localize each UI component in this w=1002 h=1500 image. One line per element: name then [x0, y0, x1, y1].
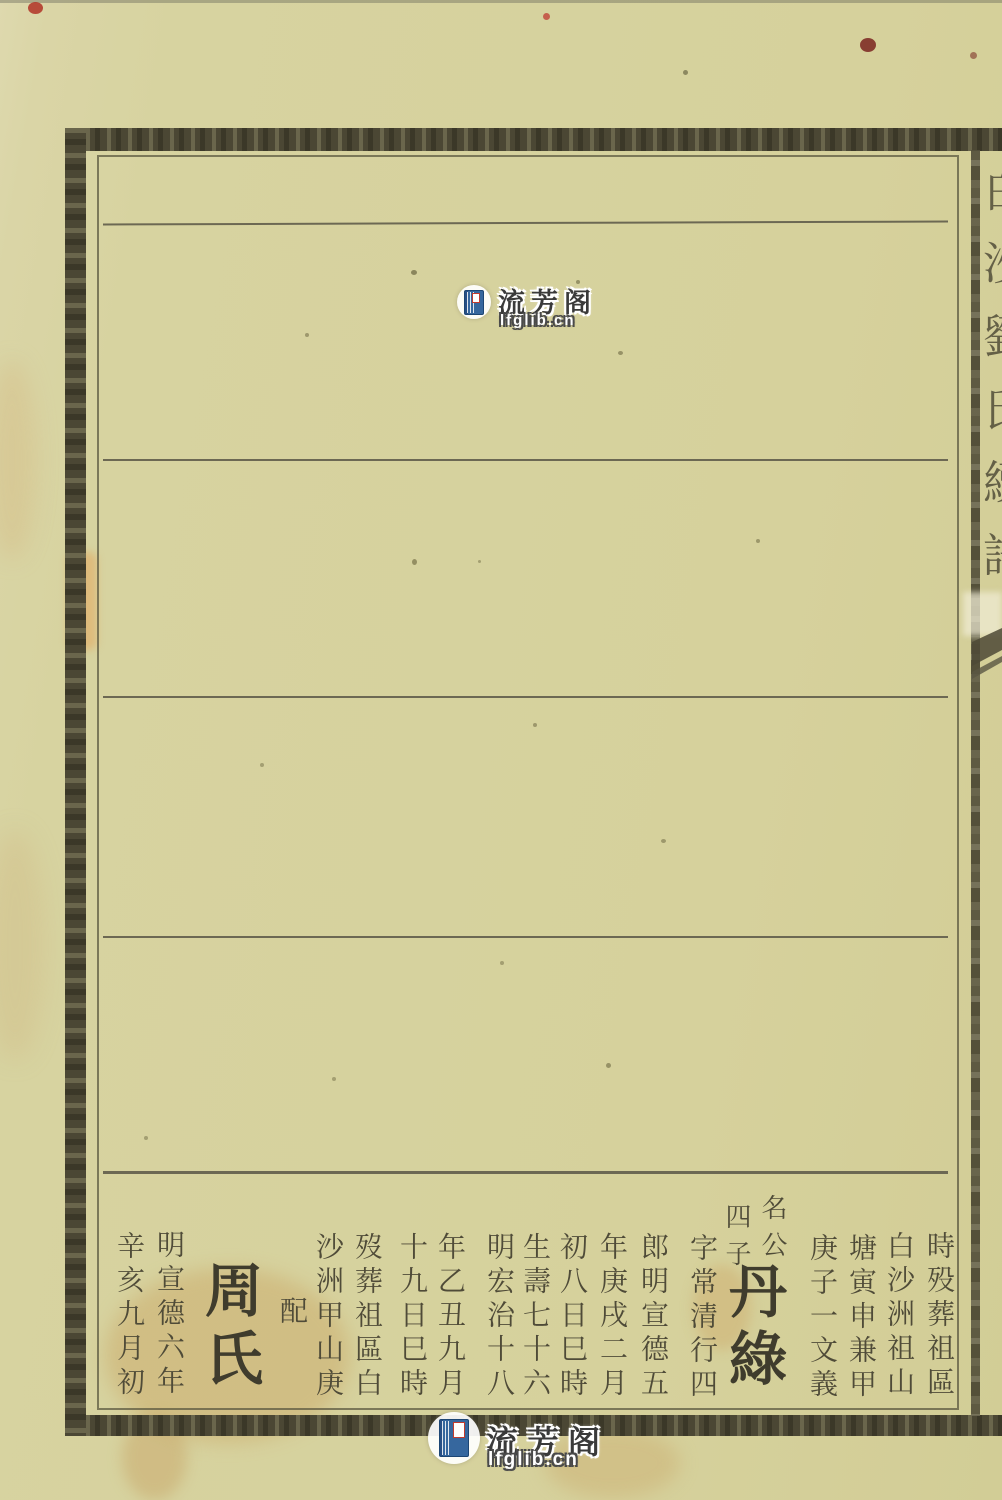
- text-column: 時殁葬祖區: [921, 1231, 955, 1401]
- book-icon: [464, 290, 484, 315]
- red-speck-top-center: [543, 13, 550, 20]
- grid-row-line-2: [103, 459, 948, 461]
- spouse-name: 周氏: [197, 1260, 259, 1396]
- red-speck-top-left: [28, 2, 43, 14]
- watermark-circle: [457, 285, 491, 319]
- text-column: 郎明宣德五: [635, 1232, 669, 1402]
- stain-left-edge-lower: [0, 830, 45, 1060]
- text-column: 字常清行四: [684, 1233, 718, 1403]
- foxing-speck: [683, 70, 688, 75]
- text-column: 歿葬祖區白: [349, 1232, 383, 1402]
- frame-inner-rule: [97, 155, 959, 1410]
- text-column: 明宏治十八: [481, 1232, 515, 1402]
- scanned-genealogy-page: 白沙劉氏續譜 時殁葬祖區 白沙洲祖山 塘寅申兼甲 庚子一文義 名公 四子 丹綠 …: [0, 0, 1002, 1500]
- grid-row-line-3: [103, 696, 948, 698]
- watermark-site-url: lfglib.cn: [488, 1449, 579, 1471]
- text-column: 十九日巳時: [394, 1232, 428, 1402]
- text-column: 生壽七十六: [517, 1232, 551, 1402]
- text-column: 明宣德六年: [151, 1230, 185, 1400]
- scan-top-edge: [0, 0, 1002, 3]
- frame-top-border: [65, 128, 1002, 151]
- grid-row-line-4: [103, 936, 948, 938]
- red-speck-right: [970, 52, 977, 59]
- spouse-label: 配: [274, 1296, 308, 1330]
- stain-left-edge-upper: [0, 360, 36, 560]
- annotation-column-right: 名公: [757, 1194, 787, 1268]
- text-column: 辛亥九月初: [111, 1231, 145, 1401]
- text-column: 塘寅申兼甲: [843, 1233, 877, 1403]
- frame-left-border: [65, 128, 86, 1436]
- text-column: 初八日巳時: [554, 1232, 588, 1402]
- text-column: 白沙洲祖山: [881, 1231, 915, 1401]
- text-column: 庚子一文義: [804, 1233, 838, 1403]
- book-icon: [439, 1419, 469, 1457]
- spine-title: 白沙劉氏續譜: [977, 166, 1002, 604]
- person-name: 丹綠: [721, 1261, 783, 1395]
- text-column: 年乙丑九月: [432, 1232, 466, 1402]
- fishtail-ornament: [972, 628, 1002, 703]
- watermark-site-url: lfglib.cn: [500, 312, 576, 329]
- watermark-circle: [428, 1412, 480, 1464]
- text-column: 年庚戌二月: [594, 1232, 628, 1402]
- text-column: 沙洲甲山庚: [310, 1232, 344, 1402]
- grid-row-line-5: [103, 1171, 948, 1174]
- red-speck-top-right: [860, 38, 876, 52]
